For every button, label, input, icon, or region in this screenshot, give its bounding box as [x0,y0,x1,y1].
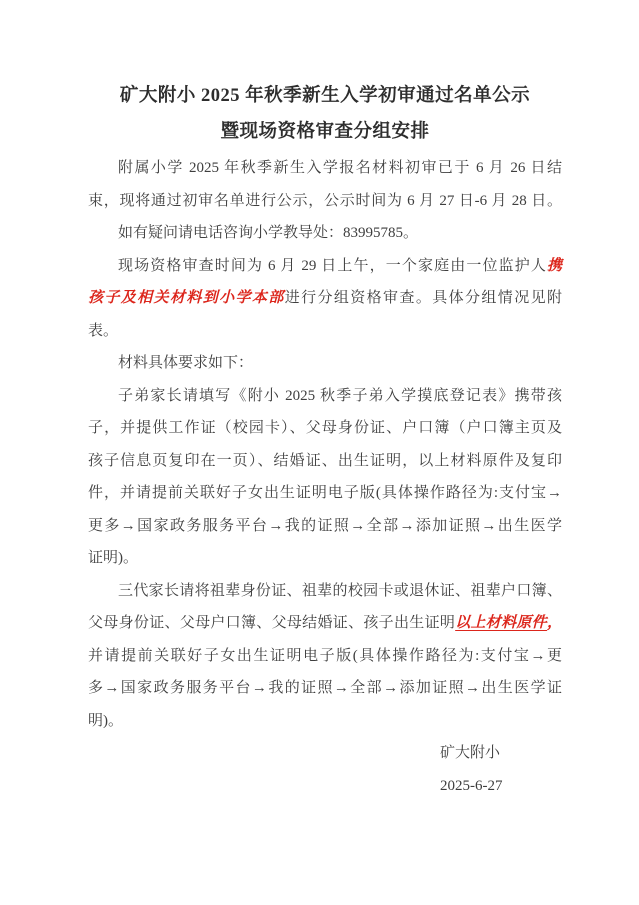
doc-line: 明)。 [88,705,562,738]
document-page: 矿大附小 2025 年秋季新生入学初审通过名单公示 暨现场资格审查分组安排 附属… [0,0,639,802]
text-run: 更多→国家政务服务平台→我的证照→全部→添加证照→出生医学 [88,518,562,534]
document-canvas: 矿大附小 2025 年秋季新生入学初审通过名单公示 暨现场资格审查分组安排 附属… [0,0,639,905]
text-run: 孩子信息页复印在一页）、结婚证、出生证明，以上材料原件及复印 [88,453,562,469]
text-run: 多→国家政务服务平台→我的证照→全部→添加证照→出生医学证 [88,680,562,696]
text-run: 现场资格审查时间为 6 月 29 日上午，一个家庭由一位监护人 [118,258,547,274]
text-run: 如有疑问请电话咨询小学教导处：83995785。 [118,225,418,241]
doc-line: 更多→国家政务服务平台→我的证照→全部→添加证照→出生医学 [88,510,562,543]
title-line-1: 矿大附小 2025 年秋季新生入学初审通过名单公示 [88,78,562,114]
text-run: 明)。 [88,713,123,729]
doc-line: 孩子及相关材料到小学本部进行分组资格审查。具体分组情况见附 [88,282,562,315]
doc-line: 束，现将通过初审名单进行公示，公示时间为 6 月 27 日-6 月 28 日。 [88,185,562,218]
doc-line: 件，并请提前关联好子女出生证明电子版(具体操作路径为:支付宝→ [88,477,562,510]
text-run: 并请提前关联好子女出生证明电子版(具体操作路径为:支付宝→更 [88,648,562,664]
text-run: 表。 [88,323,118,339]
doc-line: 多→国家政务服务平台→我的证照→全部→添加证照→出生医学证 [88,672,562,705]
red-emphasis-run: 携 [547,258,562,274]
doc-line: 孩子信息页复印在一页）、结婚证、出生证明，以上材料原件及复印 [88,445,562,478]
doc-line: 三代家长请将祖辈身份证、祖辈的校园卡或退休证、祖辈户口簿、 [88,575,562,608]
red-emphasis-run: 以上材料原件 [455,615,547,631]
title-line-2: 暨现场资格审查分组安排 [88,114,562,150]
doc-line: 现场资格审查时间为 6 月 29 日上午，一个家庭由一位监护人携 [88,250,562,283]
doc-line: 子，并提供工作证（校园卡）、父母身份证、户口簿（户口簿主页及 [88,412,562,445]
signature-date: 2025-6-27 [440,770,562,803]
red-emphasis-run: 孩子及相关材料到小学本部 [88,290,285,306]
doc-line: 父母身份证、父母户口簿、父母结婚证、孩子出生证明以上材料原件， [88,607,562,640]
red-emphasis-run: ， [547,615,562,631]
text-run: 进行分组资格审查。具体分组情况见附 [285,290,562,306]
text-run: 件，并请提前关联好子女出生证明电子版(具体操作路径为:支付宝→ [88,485,562,501]
doc-line: 附属小学 2025 年秋季新生入学报名材料初审已于 6 月 26 日结 [88,152,562,185]
doc-line: 如有疑问请电话咨询小学教导处：83995785。 [88,217,562,250]
doc-line: 子弟家长请填写《附小 2025 秋季子弟入学摸底登记表》携带孩 [88,380,562,413]
text-run: 材料具体要求如下： [118,355,253,371]
signature-name: 矿大附小 [440,737,562,770]
text-run: 父母身份证、父母户口簿、父母结婚证、孩子出生证明 [88,615,455,631]
text-run: 子，并提供工作证（校园卡）、父母身份证、户口簿（户口簿主页及 [88,420,562,436]
text-run: 附属小学 2025 年秋季新生入学报名材料初审已于 6 月 26 日结 [118,160,562,176]
document-body: 附属小学 2025 年秋季新生入学报名材料初审已于 6 月 26 日结束，现将通… [88,152,562,737]
document-title: 矿大附小 2025 年秋季新生入学初审通过名单公示 暨现场资格审查分组安排 [88,78,562,150]
doc-line: 并请提前关联好子女出生证明电子版(具体操作路径为:支付宝→更 [88,640,562,673]
text-run: 子弟家长请填写《附小 2025 秋季子弟入学摸底登记表》携带孩 [118,388,562,404]
doc-line: 材料具体要求如下： [88,347,562,380]
doc-line: 表。 [88,315,562,348]
text-run: 束，现将通过初审名单进行公示，公示时间为 6 月 27 日-6 月 28 日。 [88,193,562,209]
doc-line: 证明)。 [88,542,562,575]
signature-block: 矿大附小 2025-6-27 [440,737,562,802]
text-run: 证明)。 [88,550,138,566]
text-run: 三代家长请将祖辈身份证、祖辈的校园卡或退休证、祖辈户口簿、 [118,583,562,599]
